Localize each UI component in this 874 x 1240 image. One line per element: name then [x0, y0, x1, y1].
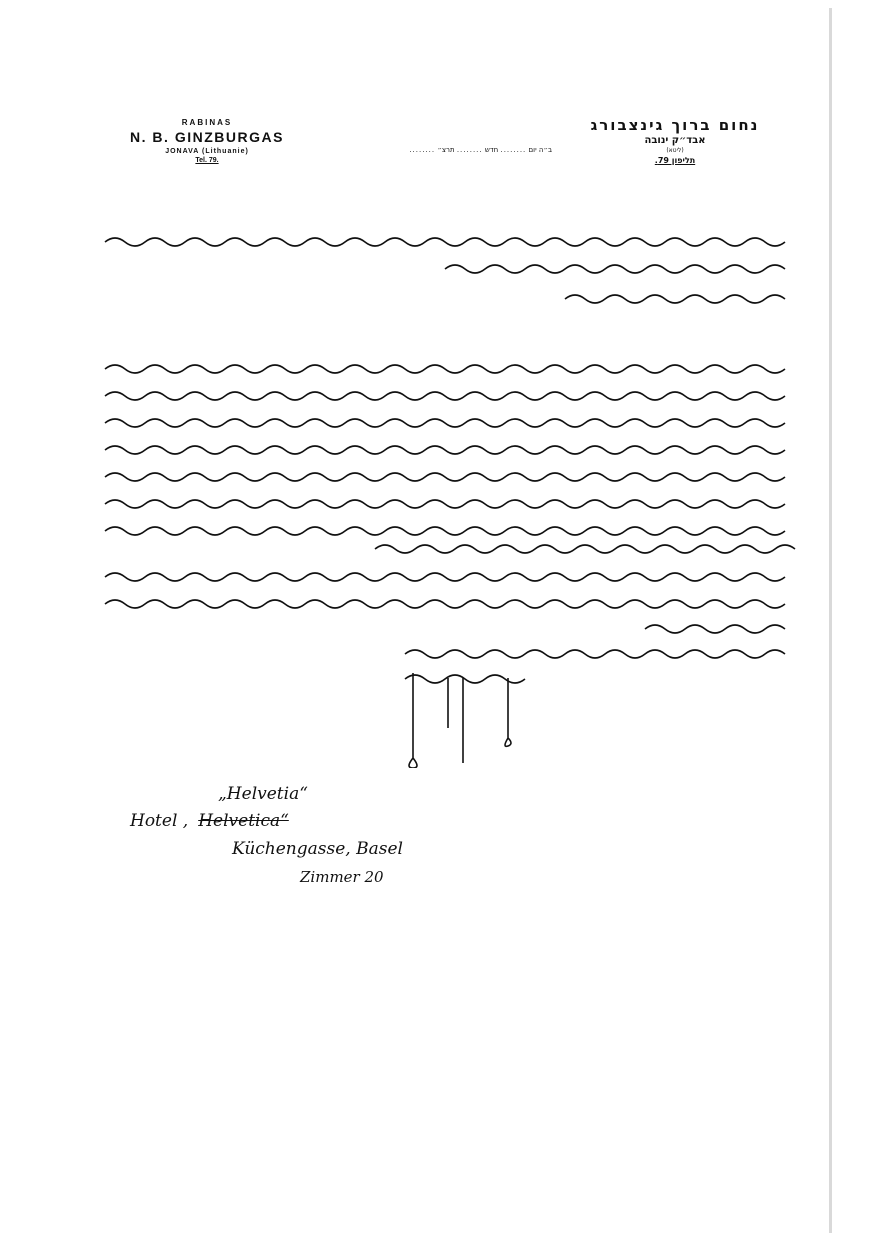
date-month-blank: ........ — [457, 146, 483, 154]
handwritten-line — [100, 382, 800, 404]
handwritten-line — [440, 255, 800, 277]
date-day-blank: ........ — [500, 146, 526, 154]
handwritten-line — [100, 563, 800, 585]
address-street: Küchengasse, Basel — [232, 839, 403, 859]
letterhead-hebrew: נחום ברוך גינצבורג אבד״ק ינובה (ליטא) תל… — [560, 116, 790, 165]
date-year-blank: ........ — [409, 146, 435, 154]
handwritten-line — [100, 228, 800, 250]
handwritten-line — [640, 615, 800, 637]
letterhead-hebrew-title: אבד״ק ינובה — [560, 135, 790, 146]
handwritten-line — [400, 640, 800, 662]
address-hotel-prefix: Hotel , — [130, 811, 188, 831]
signature-flourish — [388, 668, 538, 768]
date-line: ב״ה יום ........ חדש ........ תרצ״ .....… — [322, 146, 552, 154]
address-room: Zimmer 20 — [300, 868, 384, 886]
handwritten-line — [370, 535, 800, 557]
page-edge-scan-line — [829, 8, 832, 1233]
date-month-label: חדש — [485, 146, 498, 154]
letterhead-city: JONAVA (Lithuanie) — [92, 148, 322, 155]
handwritten-line — [560, 285, 800, 307]
address-struck-name: Helvetica“ — [198, 811, 289, 831]
letterhead-name: N. B. GINZBURGAS — [92, 129, 322, 145]
letterhead-hebrew-name: נחום ברוך גינצבורג — [560, 116, 790, 134]
handwritten-line — [100, 355, 800, 377]
handwritten-line — [100, 409, 800, 431]
date-year-label: תרצ״ — [437, 146, 454, 154]
letterhead-hebrew-tel: תליפון 79. — [560, 156, 790, 165]
letterhead-hebrew-country: (ליטא) — [560, 147, 790, 154]
date-prefix: ב״ה יום — [529, 146, 552, 154]
handwritten-line — [100, 490, 800, 512]
address-hotel-name: „Helvetia“ — [218, 784, 308, 804]
letterhead-latin: RABINAS N. B. GINZBURGAS JONAVA (Lithuan… — [92, 118, 322, 164]
address-hotel-line: Hotel ,Helvetica“ — [130, 811, 289, 831]
handwritten-line — [100, 436, 800, 458]
letterhead-title: RABINAS — [92, 118, 322, 127]
letterhead-tel: Tel. 79. — [92, 157, 322, 164]
handwritten-line — [100, 463, 800, 485]
handwritten-line — [100, 590, 800, 612]
